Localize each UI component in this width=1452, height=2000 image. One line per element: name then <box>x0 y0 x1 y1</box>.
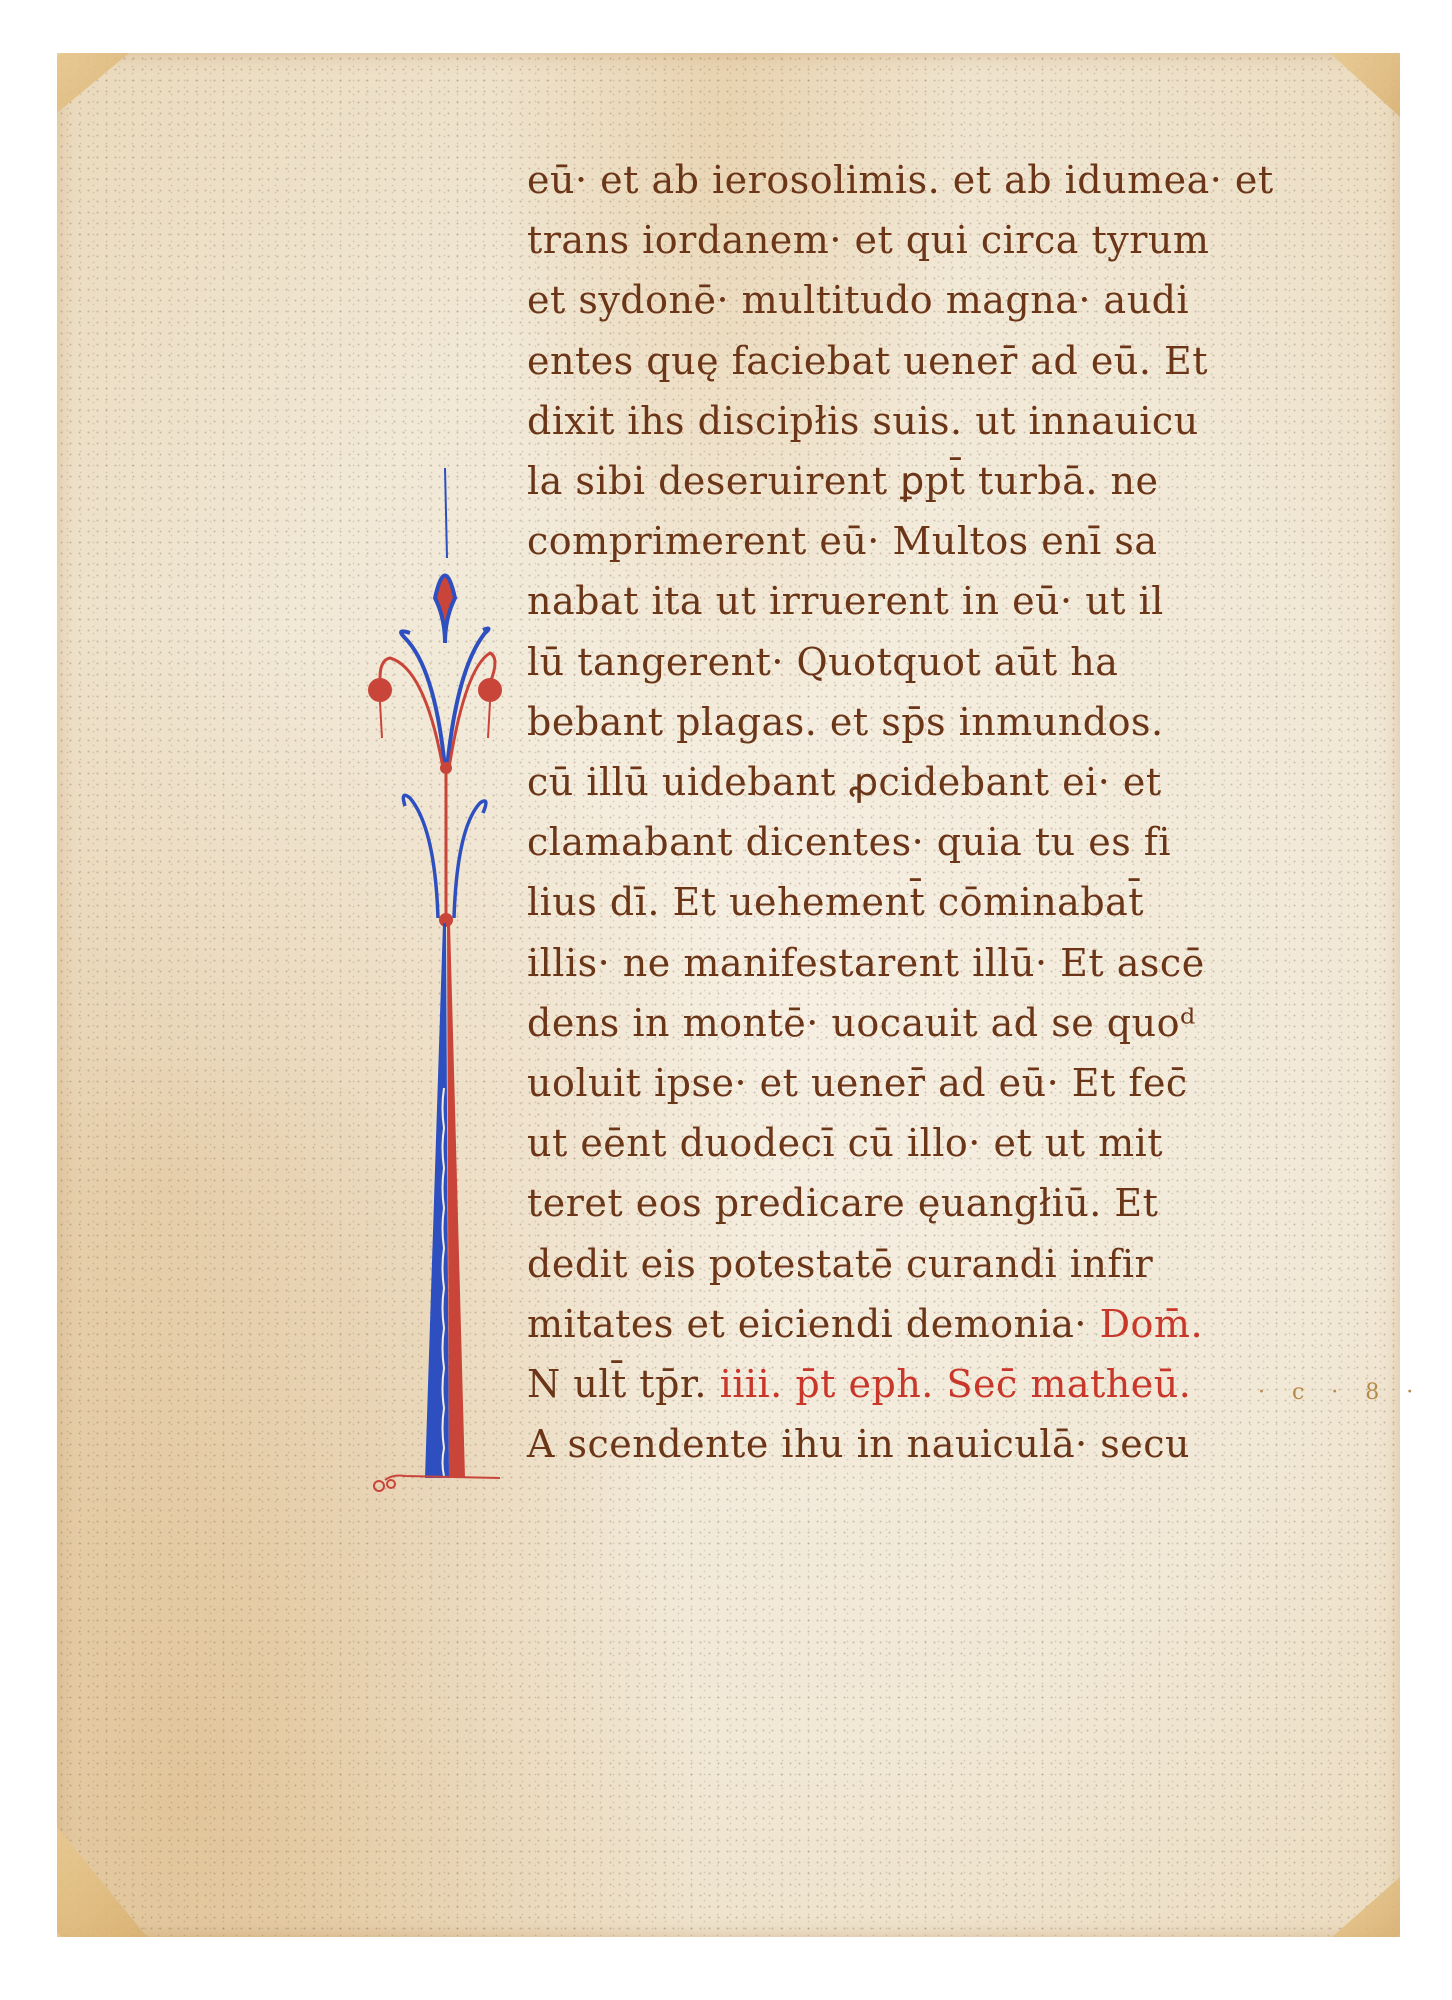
text-span: et sydonē· multitudo magna· audi <box>527 278 1189 322</box>
text-span: A scendente ihu in nauiculā· secu <box>527 1422 1190 1466</box>
text-span: N ult̄ tp̄r. <box>527 1362 720 1406</box>
mount-corner-bottom-right <box>1332 1877 1400 1937</box>
manuscript-line: comprimerent eū· Multos enī sa <box>527 511 1158 571</box>
manuscript-line: bebant plagas. et sp̄s inmundos. <box>527 692 1164 752</box>
manuscript-line: trans iordanem· et qui circa tyrum <box>527 210 1209 270</box>
mount-corner-bottom-left <box>57 1827 147 1937</box>
manuscript-line: clamabant dicentes· quia tu es fi <box>527 812 1171 872</box>
manuscript-line: N ult̄ tp̄r. iiii. p̄t eph. Sec̄ matheū. <box>527 1354 1191 1414</box>
text-span: teret eos predicare ęuangłiū. Et <box>527 1181 1158 1225</box>
text-span: trans iordanem· et qui circa tyrum <box>527 218 1209 262</box>
flourished-initial-i-icon <box>365 468 505 1548</box>
manuscript-line: uoluit ipse· et uener̄ ad eū· Et fec̄ <box>527 1053 1188 1113</box>
margin-note: · c · 8 · <box>1258 1380 1423 1405</box>
text-span: uoluit ipse· et uener̄ ad eū· Et fec̄ <box>527 1061 1188 1105</box>
text-span: mitates et eiciendi demonia· <box>527 1302 1100 1346</box>
mount-corner-top-left <box>57 53 129 113</box>
manuscript-line: la sibi deseruirent ꝑpt̄ turbā. ne <box>527 451 1158 511</box>
manuscript-line: nabat ita ut irruerent in eū· ut il <box>527 571 1164 631</box>
rubric-text: iiii. p̄t eph. Sec̄ matheū. <box>720 1362 1192 1406</box>
text-span: dixit ihs discipłis suis. ut innauicu <box>527 399 1199 443</box>
manuscript-line: illis· ne manifestarent illū· Et ascē <box>527 933 1205 993</box>
text-span: nabat ita ut irruerent in eū· ut il <box>527 579 1164 623</box>
text-span: la sibi deseruirent ꝑpt̄ turbā. ne <box>527 459 1158 503</box>
manuscript-line: dedit eis potestatē curandi infir <box>527 1234 1153 1294</box>
text-span: clamabant dicentes· quia tu es fi <box>527 820 1171 864</box>
manuscript-line: teret eos predicare ęuangłiū. Et <box>527 1173 1158 1233</box>
manuscript-line: et sydonē· multitudo magna· audi <box>527 270 1189 330</box>
manuscript-line: lū tangerent· Quotquot aūt ha <box>527 632 1118 692</box>
text-span: entes quę faciebat uener̄ ad eū. Et <box>527 339 1208 383</box>
text-span: comprimerent eū· Multos enī sa <box>527 519 1158 563</box>
manuscript-line: mitates et eiciendi demonia· Dom̄. <box>527 1294 1203 1354</box>
text-span: cū illū uidebant ꝓcidebant ei· et <box>527 760 1162 804</box>
manuscript-line: A scendente ihu in nauiculā· secu <box>527 1414 1190 1474</box>
manuscript-line: entes quę faciebat uener̄ ad eū. Et <box>527 331 1208 391</box>
text-span: lū tangerent· Quotquot aūt ha <box>527 640 1118 684</box>
rubric-text: Dom̄. <box>1100 1302 1203 1346</box>
manuscript-line: eū· et ab ierosolimis. et ab idumea· et <box>527 150 1274 210</box>
manuscript-line: ut eēnt duodecī cū illo· et ut mit <box>527 1113 1163 1173</box>
mount-corner-top-right <box>1330 53 1400 117</box>
text-span: eū· et ab ierosolimis. et ab idumea· et <box>527 158 1274 202</box>
text-span: dens in montē· uocauit ad se quoᵈ <box>527 1001 1196 1045</box>
text-span: bebant plagas. et sp̄s inmundos. <box>527 700 1164 744</box>
manuscript-line: cū illū uidebant ꝓcidebant ei· et <box>527 752 1162 812</box>
text-span: ut eēnt duodecī cū illo· et ut mit <box>527 1121 1163 1165</box>
manuscript-line: lius dī. Et uehement̄ cōminabat̄ <box>527 872 1144 932</box>
text-span: dedit eis potestatē curandi infir <box>527 1242 1153 1286</box>
manuscript-line: dens in montē· uocauit ad se quoᵈ <box>527 993 1196 1053</box>
text-span: lius dī. Et uehement̄ cōminabat̄ <box>527 880 1144 924</box>
text-span: illis· ne manifestarent illū· Et ascē <box>527 941 1205 985</box>
manuscript-line: dixit ihs discipłis suis. ut innauicu <box>527 391 1199 451</box>
